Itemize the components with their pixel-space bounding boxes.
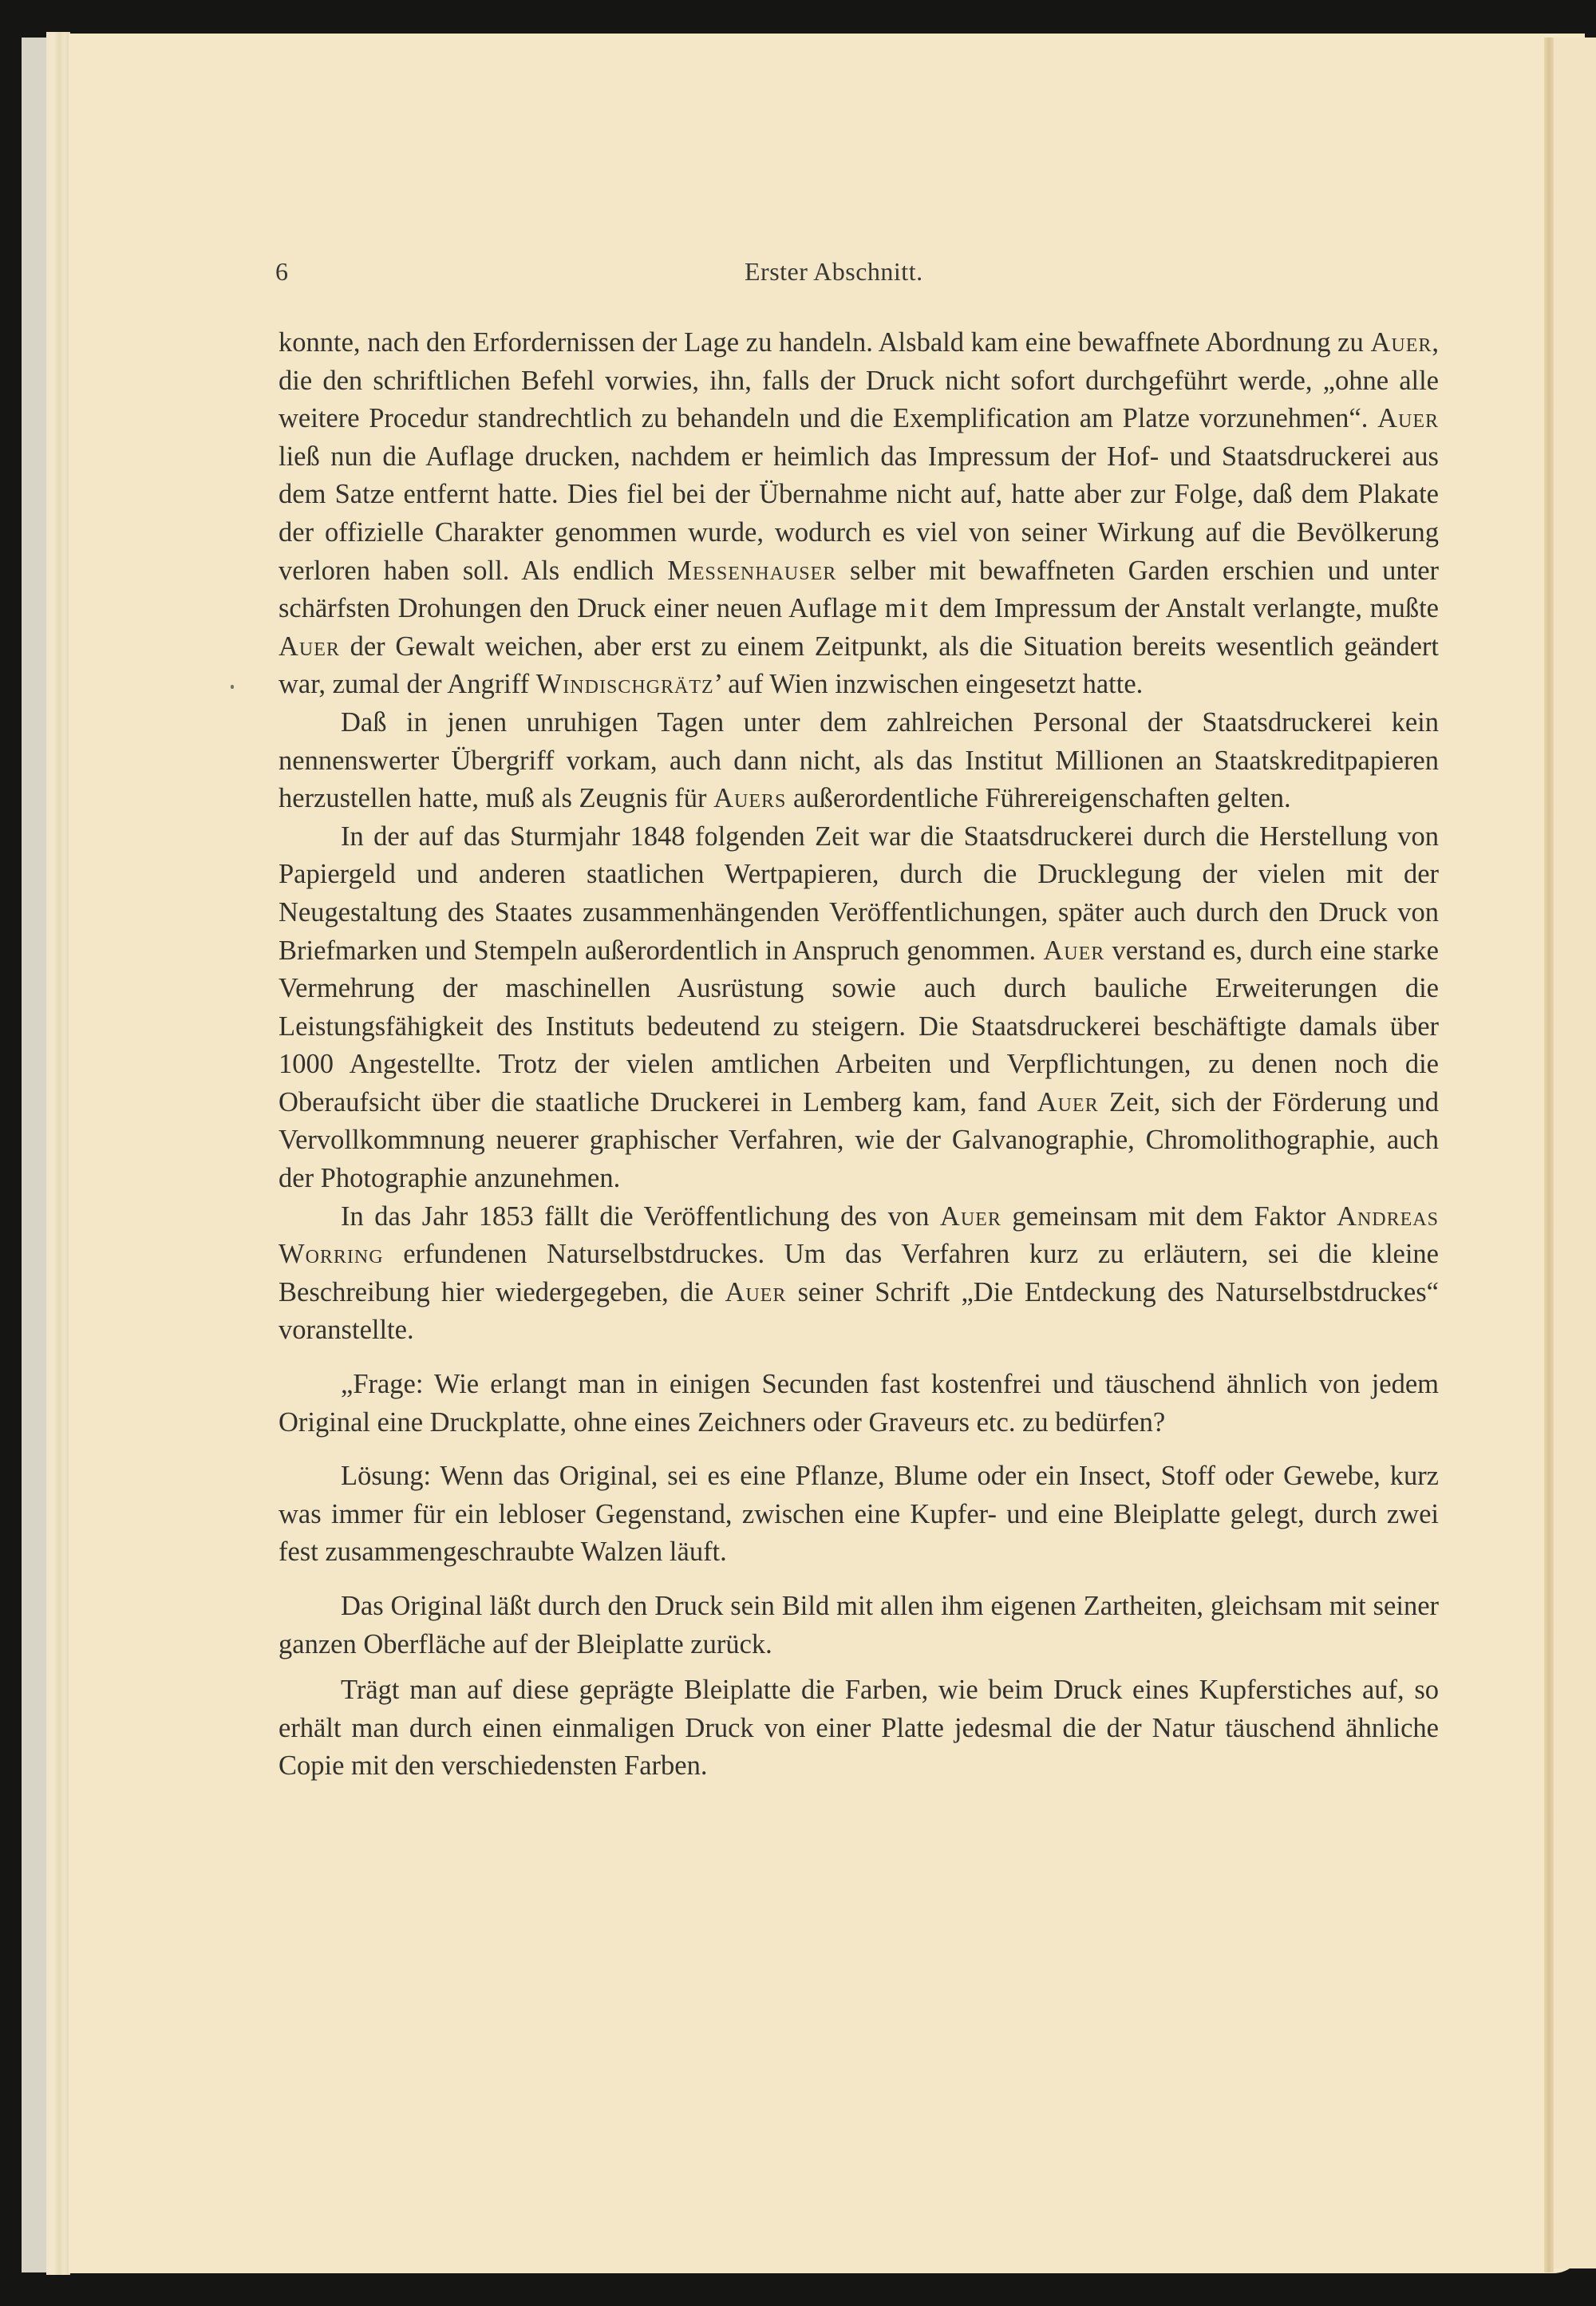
emphasis-spaced: mit (885, 593, 931, 623)
name-smallcaps: Auer (1043, 935, 1104, 966)
text-run: In das Jahr 1853 fällt die Veröffentlich… (341, 1201, 940, 1232)
text-run: Das Original läßt durch den Druck sein B… (279, 1591, 1439, 1659)
quoted-paragraph: „Frage: Wie erlangt man in einigen Secun… (279, 1366, 1439, 1442)
name-smallcaps: Windischgrätz (536, 669, 714, 699)
name-smallcaps: Auer (1037, 1087, 1099, 1117)
chapter-title: Erster Abschnitt. (745, 257, 923, 287)
text-run: Trägt man auf diese geprägte Bleiplatte … (279, 1675, 1439, 1781)
text-run: „Frage: Wie erlangt man in einigen Secun… (279, 1369, 1439, 1438)
name-smallcaps: Auer (279, 631, 340, 662)
page-stack-edge (46, 32, 70, 2275)
name-smallcaps: Auer (1370, 327, 1432, 358)
quoted-paragraph: Lösung: Wenn das Original, sei es eine P… (279, 1458, 1439, 1572)
name-smallcaps: Auer (1377, 403, 1439, 433)
paragraph: In das Jahr 1853 fällt die Veröffentlich… (279, 1198, 1439, 1350)
book-gutter (1544, 38, 1554, 2272)
running-head: 6 Erster Abschnitt. (275, 257, 1432, 289)
quoted-paragraph: Trägt man auf diese geprägte Bleiplatte … (279, 1671, 1439, 1786)
body-text: konnte, nach den Erfordernissen der Lage… (279, 324, 1439, 1786)
name-smallcaps: Messenhauser (667, 556, 836, 586)
page-number: 6 (275, 257, 288, 287)
text-run: dem Impressum der Anstalt verlangte, muß… (931, 593, 1439, 623)
margin-speck (231, 685, 234, 689)
name-smallcaps: Auer (725, 1277, 786, 1307)
paragraph: Daß in jenen unruhigen Tagen unter dem z… (279, 704, 1439, 818)
text-run: konnte, nach den Erfordernissen der Lage… (279, 327, 1370, 358)
name-smallcaps: Auer (940, 1201, 1001, 1232)
quoted-paragraph: Das Original läßt durch den Druck sein B… (279, 1588, 1439, 1663)
text-run: gemeinsam mit dem Faktor (1001, 1201, 1337, 1232)
paragraph: konnte, nach den Erfordernissen der Lage… (279, 324, 1439, 704)
facing-page-edge (1554, 38, 1596, 2268)
text-run: ’ auf Wien inzwischen eingesetzt hatte. (714, 669, 1144, 699)
text-run: außerordentliche Führereigenschaften gel… (786, 783, 1290, 813)
paragraph: In der auf das Sturmjahr 1848 folgenden … (279, 818, 1439, 1198)
text-run: Lösung: Wenn das Original, sei es eine P… (279, 1461, 1439, 1567)
name-smallcaps: Auers (713, 783, 786, 813)
